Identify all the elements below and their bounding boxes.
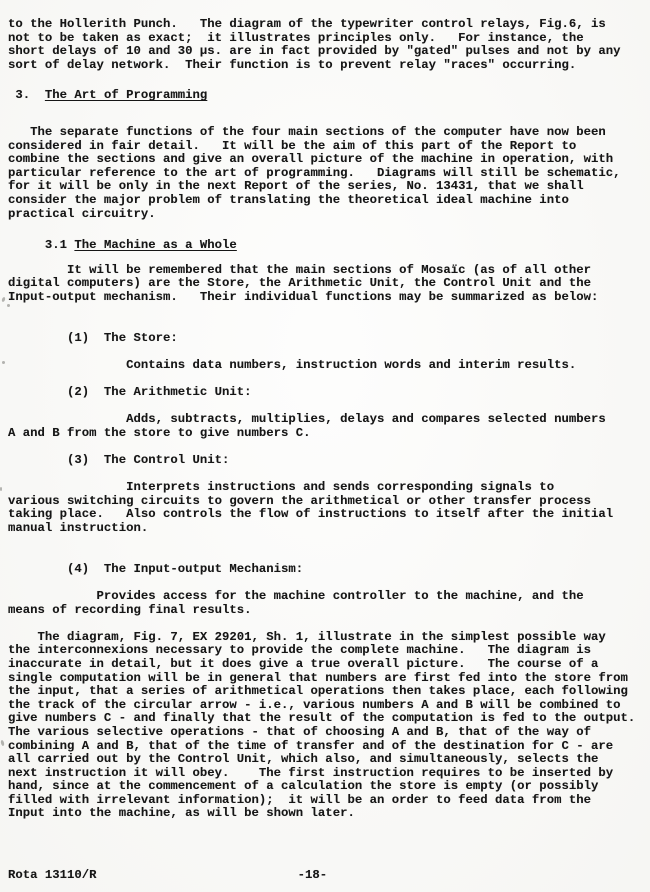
scan-speck — [1, 297, 6, 303]
subsection-title: The Machine as a Whole — [74, 238, 236, 252]
page-number: -18- — [298, 869, 328, 883]
paragraph-intro: The separate functions of the four main … — [8, 126, 650, 221]
section-heading: 3. The Art of Programming — [8, 89, 650, 103]
subsection-number: 3.1 — [8, 238, 74, 252]
document-page: to the Hollerith Punch. The diagram of t… — [0, 0, 650, 892]
subsection-heading: 3.1 The Machine as a Whole — [8, 239, 650, 253]
body-text: It will be remembered that the main sect… — [8, 264, 650, 821]
scan-speck — [0, 740, 4, 747]
scan-speck — [2, 361, 5, 364]
page-footer: Rota 13110/R-18- — [8, 869, 650, 883]
section-number: 3. — [8, 88, 45, 102]
section-title: The Art of Programming — [45, 88, 207, 102]
scan-speck — [7, 304, 10, 307]
paragraph-continuation: to the Hollerith Punch. The diagram of t… — [8, 18, 650, 72]
scan-speck — [0, 487, 2, 491]
document-reference: Rota 13110/R — [8, 868, 97, 882]
